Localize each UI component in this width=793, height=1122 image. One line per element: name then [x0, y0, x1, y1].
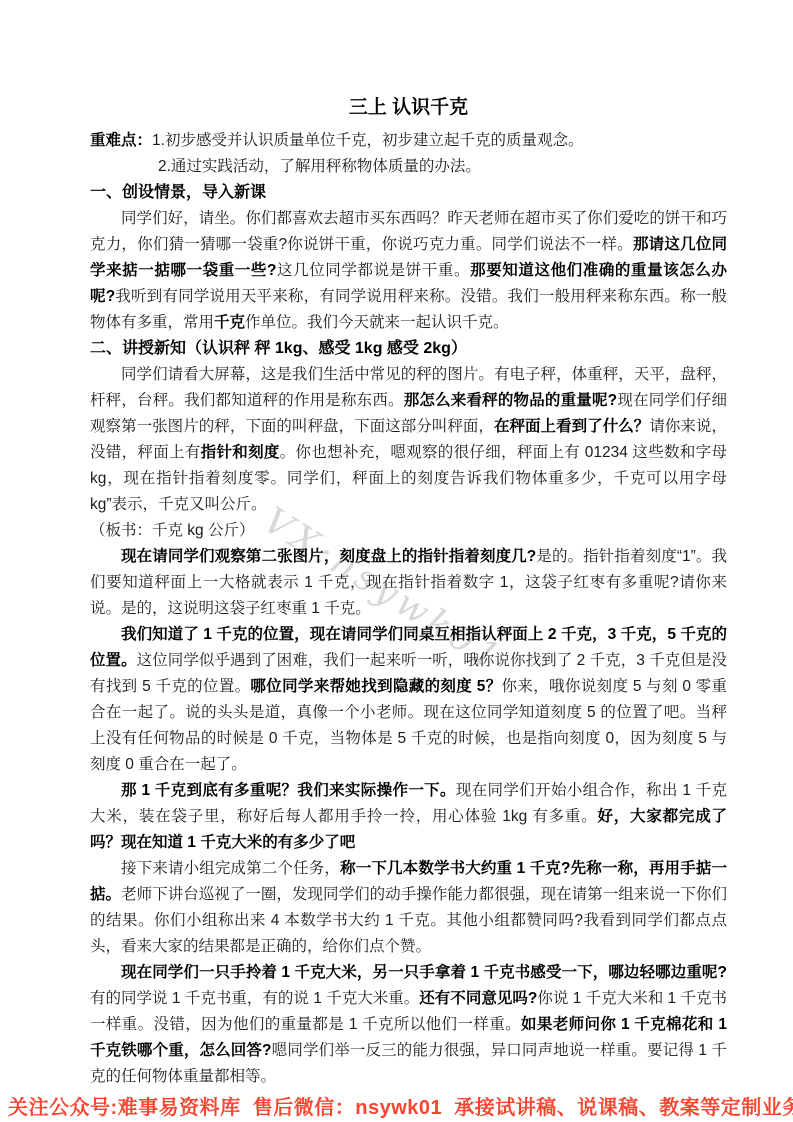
- text-run: 这几位同学都说是饼干重。: [276, 262, 470, 279]
- section-heading: 二、讲授新知（认识秤 秤 1kg、感受 1kg 感受 2kg）: [90, 336, 727, 362]
- bold-text-run: 二、讲授新知（认识秤 秤 1kg、感受 1kg 感受 2kg）: [90, 340, 467, 357]
- paragraph: 同学们请看大屏幕，这是我们生活中常见的秤的图片。有电子秤，体重秤，天平，盘秤，杆…: [90, 362, 727, 518]
- paragraph: 现在同学们一只手拎着 1 千克大米，另一只手拿着 1 千克书感受一下，哪边轻哪边…: [90, 960, 727, 1090]
- paragraph: 现在请同学们观察第二张图片，刻度盘上的指针指着刻度几?是的。指针指着刻度“1”。…: [90, 544, 727, 622]
- text-run: 2.通过实践活动，了解用秤称物体质量的办法。: [158, 158, 481, 175]
- text-run: 作单位。我们今天就来一起认识千克。: [245, 314, 509, 331]
- paragraph: 那 1 千克到底有多重呢？我们来实际操作一下。现在同学们开始小组合作，称出 1 …: [90, 778, 727, 856]
- document-body: 三上 认识千克重难点：1.初步感受并认识质量单位千克，初步建立起千克的质量观念。…: [90, 94, 727, 1090]
- text-run: 接下来请小组完成第二个任务，: [121, 860, 340, 877]
- paragraph: 重难点：1.初步感受并认识质量单位千克，初步建立起千克的质量观念。: [90, 128, 727, 154]
- bold-text-run: 千克: [214, 314, 245, 331]
- page: { "page": { "background": "#ffffff", "te…: [0, 0, 793, 1122]
- paragraph: 我们知道了 1 千克的位置，现在请同学们同桌互相指认秤面上 2 千克，3 千克，…: [90, 622, 727, 778]
- bold-text-run: 现在同学们一只手拎着 1 千克大米，另一只手拿着 1 千克书感受一下，哪边轻哪边…: [121, 964, 727, 981]
- text-run: （板书：千克 kg 公斤）: [90, 522, 254, 539]
- bold-text-run: 三上 认识千克: [349, 97, 468, 118]
- bold-text-run: 哪位同学来帮她找到隐藏的刻度 5？: [250, 678, 501, 695]
- text-run: 1.初步感受并认识质量单位千克，初步建立起千克的质量观念。: [152, 132, 583, 149]
- paragraph: 接下来请小组完成第二个任务，称一下几本数学书大约重 1 千克?先称一称，再用手掂…: [90, 856, 727, 960]
- text-run: 老师下讲台巡视了一圈，发现同学们的动手操作能力都很强，现在请第一组来说一下你们的…: [90, 886, 727, 955]
- bold-text-run: 那怎么来看秤的物品的重量呢?: [404, 392, 617, 409]
- bold-text-run: 现在请同学们观察第二张图片，刻度盘上的指针指着刻度几?: [121, 548, 536, 565]
- document-page: VX:nsywk01 三上 认识千克重难点：1.初步感受并认识质量单位千克，初步…: [0, 0, 793, 1122]
- bold-text-run: 重难点：: [90, 132, 152, 149]
- paragraph: （板书：千克 kg 公斤）: [90, 518, 727, 544]
- bold-text-run: 还有不同意见吗?: [419, 990, 537, 1007]
- document-title: 三上 认识千克: [90, 94, 727, 122]
- section-heading: 一、创设情景，导入新课: [90, 180, 727, 206]
- bold-text-run: 那 1 千克到底有多重呢？我们来实际操作一下。: [121, 782, 456, 799]
- paragraph: 2.通过实践活动，了解用秤称物体质量的办法。: [90, 154, 727, 180]
- bold-text-run: 一、创设情景，导入新课: [90, 184, 266, 201]
- text-run: 有的同学说 1 千克书重，有的说 1 千克大米重。: [90, 990, 419, 1007]
- footer-promo: 关注公众号:难事易资料库 售后微信：nsywk01 承接试讲稿、说课稿、教案等定…: [8, 1095, 789, 1122]
- text-run: 同学们好，请坐。你们都喜欢去超市买东西吗？昨天老师在超市买了你们爱吃的饼干和巧克…: [90, 210, 727, 253]
- paragraph: 同学们好，请坐。你们都喜欢去超市买东西吗？昨天老师在超市买了你们爱吃的饼干和巧克…: [90, 206, 727, 336]
- bold-text-run: 在秤面上看到了什么？: [494, 418, 649, 435]
- bold-text-run: 指针和刻度: [201, 444, 280, 461]
